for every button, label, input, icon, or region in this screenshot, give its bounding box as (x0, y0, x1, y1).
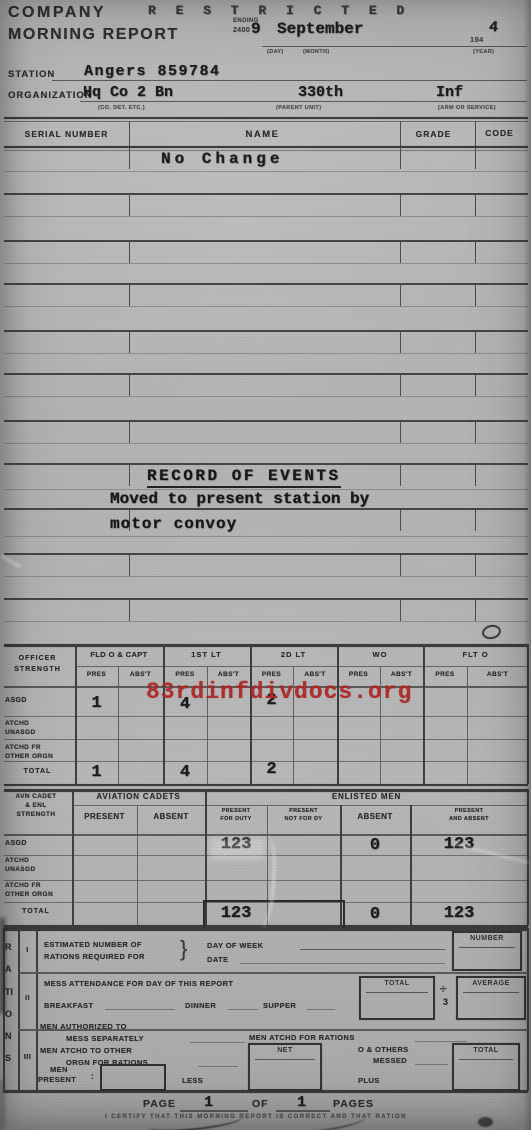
estimated-rations-label2: RATIONS REQUIRED FOR (44, 952, 145, 961)
org-parent-entry: 330th (298, 84, 343, 101)
rations-section-divider (18, 972, 528, 974)
abst-col-header: ABS'T (467, 671, 528, 678)
mess-total-box-rule (366, 992, 428, 993)
net-box-rule (255, 1059, 315, 1060)
org-arm-sublabel: (ARM OR SERVICE) (438, 105, 496, 111)
officer-col-divider (250, 644, 252, 784)
archive-watermark: 83rdinfdivdocs.org (146, 679, 412, 705)
station-entry: Angers 859784 (84, 63, 221, 80)
breakfast-label: BREAKFAST (44, 1001, 93, 1010)
men-authorized-label: MEN AUTHORIZED TO (40, 1022, 127, 1031)
pages-number-entry: 1 (297, 1094, 306, 1111)
officer-corner-line2: STRENGTH (0, 666, 75, 673)
roster-row (4, 240, 528, 285)
month-sublabel: (MONTH) (303, 49, 330, 55)
serial-number-header: SERIAL NUMBER (4, 129, 129, 139)
year-sublabel: (YEAR) (473, 49, 494, 55)
officer-total-2lt-pres: 2 (250, 760, 293, 779)
mess-attendance-label: MESS ATTENDANCE FOR DAY OF THIS REPORT (44, 979, 233, 988)
number-box-label: NUMBER (454, 935, 520, 942)
form-title-line1: COMPANY (8, 4, 106, 22)
rations-numeral-col-divider (36, 928, 38, 1091)
year-printed: 194 (470, 35, 484, 44)
officer-group-fldo-capt: FLD O & CAPT (75, 650, 163, 659)
date-field-label: DATE (207, 955, 228, 964)
rations-section-iii-numeral: III (19, 1052, 36, 1061)
row-label-asgd: ASGD (5, 697, 27, 704)
officer-group-2d-lt: 2D LT (250, 650, 337, 659)
net-box-label: NET (250, 1047, 320, 1054)
o-and-others-label2: MESSED (373, 1056, 407, 1065)
rations-vertical-label: RATIONS (5, 936, 14, 1070)
estimated-rations-label1: ESTIMATED NUMBER OF (44, 940, 142, 949)
officer-corner-line1: OFFICER (0, 655, 75, 662)
form-title-line2: MORNING REPORT (8, 26, 179, 44)
officer-asgd-fldo-pres: 1 (75, 694, 118, 713)
officer-table-top-rule (4, 644, 528, 647)
number-box-rule (459, 947, 515, 948)
record-of-events-title: RECORD OF EVENTS (147, 467, 341, 488)
enlisted-corner-line1: AVN CADET (0, 793, 72, 800)
average-box: AVERAGE (456, 976, 526, 1020)
officer-rule (4, 761, 528, 762)
men-present-colon: : (91, 1072, 94, 1081)
record-of-events-line2: motor convoy (110, 515, 237, 533)
men-present-label1: MEN (50, 1065, 68, 1074)
enlisted-total-present-and-absent: 123 (400, 904, 518, 923)
cadets-present-header: PRESENT (72, 812, 137, 821)
average-box-rule (463, 992, 519, 993)
enlisted-subcol-divider (137, 805, 138, 925)
row-label-total: TOTAL (0, 908, 72, 915)
officer-table-bottom-rule (4, 784, 528, 786)
org-unit-entry: Hq Co 2 Bn (83, 84, 173, 101)
station-label: STATION (8, 69, 55, 80)
net-box: NET (248, 1043, 322, 1091)
officer-group-wo: WO (337, 650, 423, 659)
roster-row (4, 373, 528, 422)
roster-top-rule2 (4, 121, 528, 122)
page-rule (180, 1110, 248, 1112)
row-label-atchd-fr: ATCHD FR (5, 882, 41, 889)
rations-total-box: TOTAL (452, 1043, 520, 1091)
officer-col-divider (337, 644, 339, 784)
officer-total-1lt-pres: 4 (163, 763, 207, 782)
rations-section-ii-numeral: II (19, 993, 36, 1002)
pres-col-header: PRES (423, 671, 467, 678)
ink-blot (478, 1117, 493, 1127)
row-label-atchd-unasgd2: UNASGD (5, 866, 36, 873)
breakfast-rule (105, 1009, 175, 1010)
organization-label: ORGANIZATION (8, 90, 93, 101)
officer-rule (4, 716, 528, 717)
men-present-label2: PRESENT (38, 1075, 76, 1084)
day-of-week-label: DAY OF WEEK (207, 941, 264, 950)
total-row-heavy-box (203, 900, 345, 931)
abst-col-header: ABS'T (118, 671, 163, 678)
scan-shadow (0, 1080, 4, 1130)
men-atchd-other-label1: MEN ATCHD TO OTHER (40, 1046, 132, 1055)
cadets-absent-header: ABSENT (137, 812, 205, 821)
row-label-atchd-fr2: OTHER ORGN (5, 891, 53, 898)
row-label-asgd: ASGD (5, 840, 27, 847)
plus-label: PLUS (358, 1076, 380, 1085)
org-arm-entry: Inf (436, 84, 463, 101)
row-label-total: TOTAL (0, 768, 75, 775)
present-not-for-duty-header2: NOT FOR DY (267, 816, 340, 822)
pres-col-header: PRES (75, 671, 118, 678)
of-label: OF (252, 1098, 269, 1110)
men-atchd-other-rule (198, 1066, 238, 1067)
row-label-atchd-unasgd: ATCHD (5, 857, 29, 864)
date-month-entry: September (277, 20, 363, 38)
present-for-duty-header: PRESENT (205, 808, 267, 814)
mess-total-box-label: TOTAL (361, 980, 433, 987)
abst-col-header: ABS'T (380, 671, 423, 678)
page-number-entry: 1 (204, 1094, 213, 1111)
men-atchd-for-rations-label: MEN ATCHD FOR RATIONS (249, 1033, 355, 1042)
men-present-box (100, 1064, 166, 1091)
roster-row (4, 553, 528, 600)
officer-col-divider (75, 644, 77, 784)
grade-header: GRADE (396, 129, 471, 139)
officer-col-divider (423, 644, 425, 784)
divide-sign: ÷ (440, 982, 447, 996)
record-of-events-line1: Moved to present station by (110, 490, 369, 508)
organization-rule (80, 101, 527, 102)
enlisted-corner-line3: STRENGTH (0, 811, 72, 818)
pages-label: PAGES (333, 1098, 374, 1110)
rations-section-i-numeral: I (19, 945, 36, 954)
roster-row (4, 598, 528, 646)
roster-top-rule (4, 117, 528, 119)
messed-rule (415, 1064, 448, 1065)
enlisted-col-divider (72, 789, 74, 925)
enlisted-subcol-divider (410, 805, 412, 925)
restricted-stamp: R E S T R I C T E D (148, 3, 410, 18)
roster-row (4, 193, 528, 242)
roster-row (4, 508, 528, 555)
date-day-entry: 9 (251, 20, 261, 38)
date-rule (262, 46, 527, 47)
dinner-rule (228, 1009, 258, 1010)
scan-edge-shade (524, 0, 531, 1130)
officer-col-divider (163, 644, 165, 784)
present-not-for-duty-header: PRESENT (267, 808, 340, 814)
present-and-absent-header: PRESENT (410, 808, 528, 814)
men-atchd-for-rations-rule (415, 1041, 467, 1042)
code-header: CODE (471, 128, 528, 138)
row-label-atchd-unasgd2: UNASGD (5, 729, 36, 736)
number-box: NUMBER (452, 931, 522, 971)
roster-row (4, 148, 528, 193)
present-and-absent-header2: AND ABSENT (410, 816, 528, 822)
divisor: 3 (443, 997, 448, 1007)
date-field-rule (240, 963, 445, 964)
officer-subcol-divider (118, 666, 119, 784)
officer-rule (75, 666, 528, 667)
mess-separately-rule (190, 1042, 245, 1043)
brace-glyph: } (180, 936, 188, 962)
day-sublabel: (DAY) (267, 49, 284, 55)
roster-row (4, 283, 528, 332)
scan-shadow (0, 918, 5, 1013)
enlisted-men-group-header: ENLISTED MEN (205, 792, 528, 801)
enlisted-rule (72, 805, 528, 806)
officer-rule (4, 739, 528, 740)
date-year-entry: 4 (488, 19, 498, 37)
row-label-atchd-unasgd: ATCHD (5, 720, 29, 727)
roster-row (4, 330, 528, 375)
signature-stroke (147, 1109, 243, 1130)
mess-separately-label: MESS SEPARATELY (66, 1034, 144, 1043)
enlisted-absent-header: ABSENT (340, 812, 410, 821)
rations-total-box-label: TOTAL (454, 1047, 518, 1054)
day-of-week-rule (300, 949, 445, 950)
officer-subcol-divider (467, 666, 468, 784)
pres-col-header: PRES (250, 671, 293, 678)
abst-col-header: ABS'T (293, 671, 337, 678)
pres-col-header: PRES (163, 671, 207, 678)
roster-row (4, 420, 528, 465)
row-label-atchd-fr: ATCHD FR (5, 744, 41, 751)
rations-total-box-rule (459, 1059, 513, 1060)
enlisted-corner-line2: & ENL (0, 802, 72, 809)
name-header: NAME (129, 129, 396, 140)
officer-total-fldo-pres: 1 (75, 763, 118, 782)
officer-group-flt-o: FLT O (423, 650, 528, 659)
morning-report-scan: COMPANY MORNING REPORT R E S T R I C T E… (0, 0, 531, 1130)
ending-time: 2400 (233, 27, 250, 34)
dinner-label: DINNER (185, 1001, 216, 1010)
aviation-cadets-group-header: AVIATION CADETS (72, 792, 205, 801)
pres-col-header: PRES (337, 671, 380, 678)
average-box-label: AVERAGE (458, 980, 524, 987)
station-rule (52, 80, 527, 81)
supper-label: SUPPER (263, 1001, 296, 1010)
less-label: LESS (182, 1076, 203, 1085)
supper-rule (307, 1009, 335, 1010)
row-label-atchd-fr2: OTHER ORGN (5, 753, 53, 760)
present-for-duty-header2: FOR DUTY (205, 816, 267, 822)
mess-total-box: TOTAL (359, 976, 435, 1020)
page-label: PAGE (143, 1098, 176, 1110)
paper-light-patch (210, 838, 265, 860)
org-parent-sublabel: (PARENT UNIT) (276, 105, 321, 111)
rations-top-rule (3, 928, 528, 931)
org-unit-sublabel: (CO. DET. ETC.) (98, 105, 145, 111)
officer-group-1st-lt: 1ST LT (163, 650, 250, 659)
o-and-others-label1: O & OTHERS (358, 1045, 409, 1054)
abst-col-header: ABS'T (207, 671, 250, 678)
